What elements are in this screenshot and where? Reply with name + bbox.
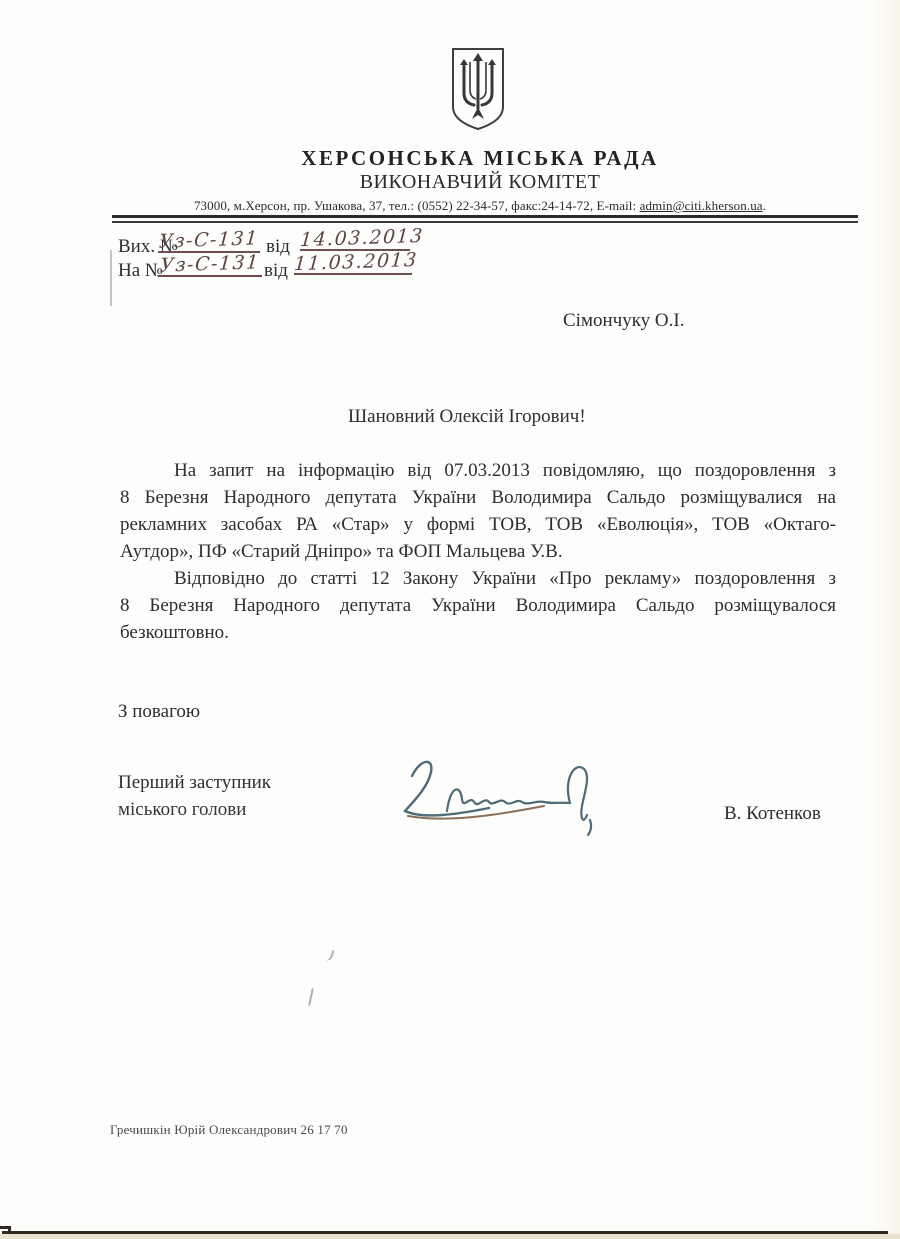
contact-line-text: 73000, м.Херсон, пр. Ушакова, 37, тел.: … bbox=[194, 198, 640, 213]
incoming-ref-label: На № bbox=[118, 260, 163, 282]
paragraph-line: 8 Березня Народного депутата України Вол… bbox=[120, 484, 836, 511]
outgoing-ref-date-label: від bbox=[266, 236, 290, 258]
scan-edge-notch bbox=[8, 1226, 11, 1234]
outgoing-ref-number-field: Уз-С-131 bbox=[158, 229, 260, 253]
incoming-ref-date-label: від bbox=[264, 260, 288, 282]
executor-contact: Гречишкін Юрій Олександрович 26 17 70 bbox=[110, 1122, 348, 1138]
email-link: admin@citi.kherson.ua bbox=[640, 198, 763, 213]
scan-artifact-vertical-line bbox=[110, 250, 112, 306]
paragraph-line: На запит на інформацію від 07.03.2013 по… bbox=[120, 457, 836, 484]
paragraph-line: Відповідно до статті 12 Закону України «… bbox=[120, 565, 836, 592]
addressee: Сімончуку О.І. bbox=[563, 310, 684, 332]
paragraph-line: Аутдор», ПФ «Старий Дніпро» та ФОП Мальц… bbox=[120, 538, 836, 565]
scan-artifact-slash-mark bbox=[308, 988, 314, 1006]
paragraph-line: 8 Березня Народного депутата України Вол… bbox=[120, 592, 836, 619]
signer-name: В. Котенков bbox=[724, 803, 821, 825]
scan-edge-bottom-margin bbox=[0, 1234, 900, 1239]
salutation: Шановний Олексій Ігорович! bbox=[348, 406, 586, 428]
department-name: ВИКОНАВЧИЙ КОМІТЕТ bbox=[60, 171, 900, 194]
signer-title-line1: Перший заступник bbox=[118, 772, 271, 794]
paragraph-1: На запит на інформацію від 07.03.2013 по… bbox=[120, 457, 836, 565]
handwritten-signature bbox=[392, 754, 627, 849]
paragraph-2: Відповідно до статті 12 Закону України «… bbox=[120, 565, 836, 646]
contact-line-period: . bbox=[763, 198, 766, 213]
incoming-ref-number-handwritten: Уз-С-131 bbox=[159, 251, 260, 277]
outgoing-ref-date-handwritten: 14.03.2013 bbox=[299, 225, 424, 251]
signer-title-line2: міського голови bbox=[118, 799, 246, 821]
incoming-ref-date-field: 11.03.2013 bbox=[294, 251, 412, 275]
paragraph-line: безкоштовно. bbox=[120, 619, 836, 646]
scanned-letter-page: ХЕРСОНСЬКА МІСЬКА РАДА ВИКОНАВЧИЙ КОМІТЕ… bbox=[0, 0, 900, 1239]
incoming-ref-number-field: Уз-С-131 bbox=[158, 253, 262, 277]
outgoing-ref-date-field: 14.03.2013 bbox=[300, 227, 410, 251]
incoming-ref-date-handwritten: 11.03.2013 bbox=[293, 249, 418, 275]
letterhead-divider-rule bbox=[112, 215, 858, 223]
outgoing-ref-number-handwritten: Уз-С-131 bbox=[158, 227, 259, 253]
scan-edge-right-tint bbox=[868, 0, 900, 1239]
paragraph-line: рекламних засобах РА «Стар» у формі ТОВ,… bbox=[120, 511, 836, 538]
contact-line: 73000, м.Херсон, пр. Ушакова, 37, тел.: … bbox=[60, 198, 900, 214]
letter-body: На запит на інформацію від 07.03.2013 по… bbox=[120, 457, 836, 646]
closing-phrase: З повагою bbox=[118, 701, 200, 723]
trident-emblem-icon bbox=[447, 45, 509, 133]
scan-artifact-comma-mark bbox=[323, 948, 334, 962]
organization-name: ХЕРСОНСЬКА МІСЬКА РАДА bbox=[60, 146, 900, 171]
scan-edge-bottom-line bbox=[2, 1231, 888, 1234]
